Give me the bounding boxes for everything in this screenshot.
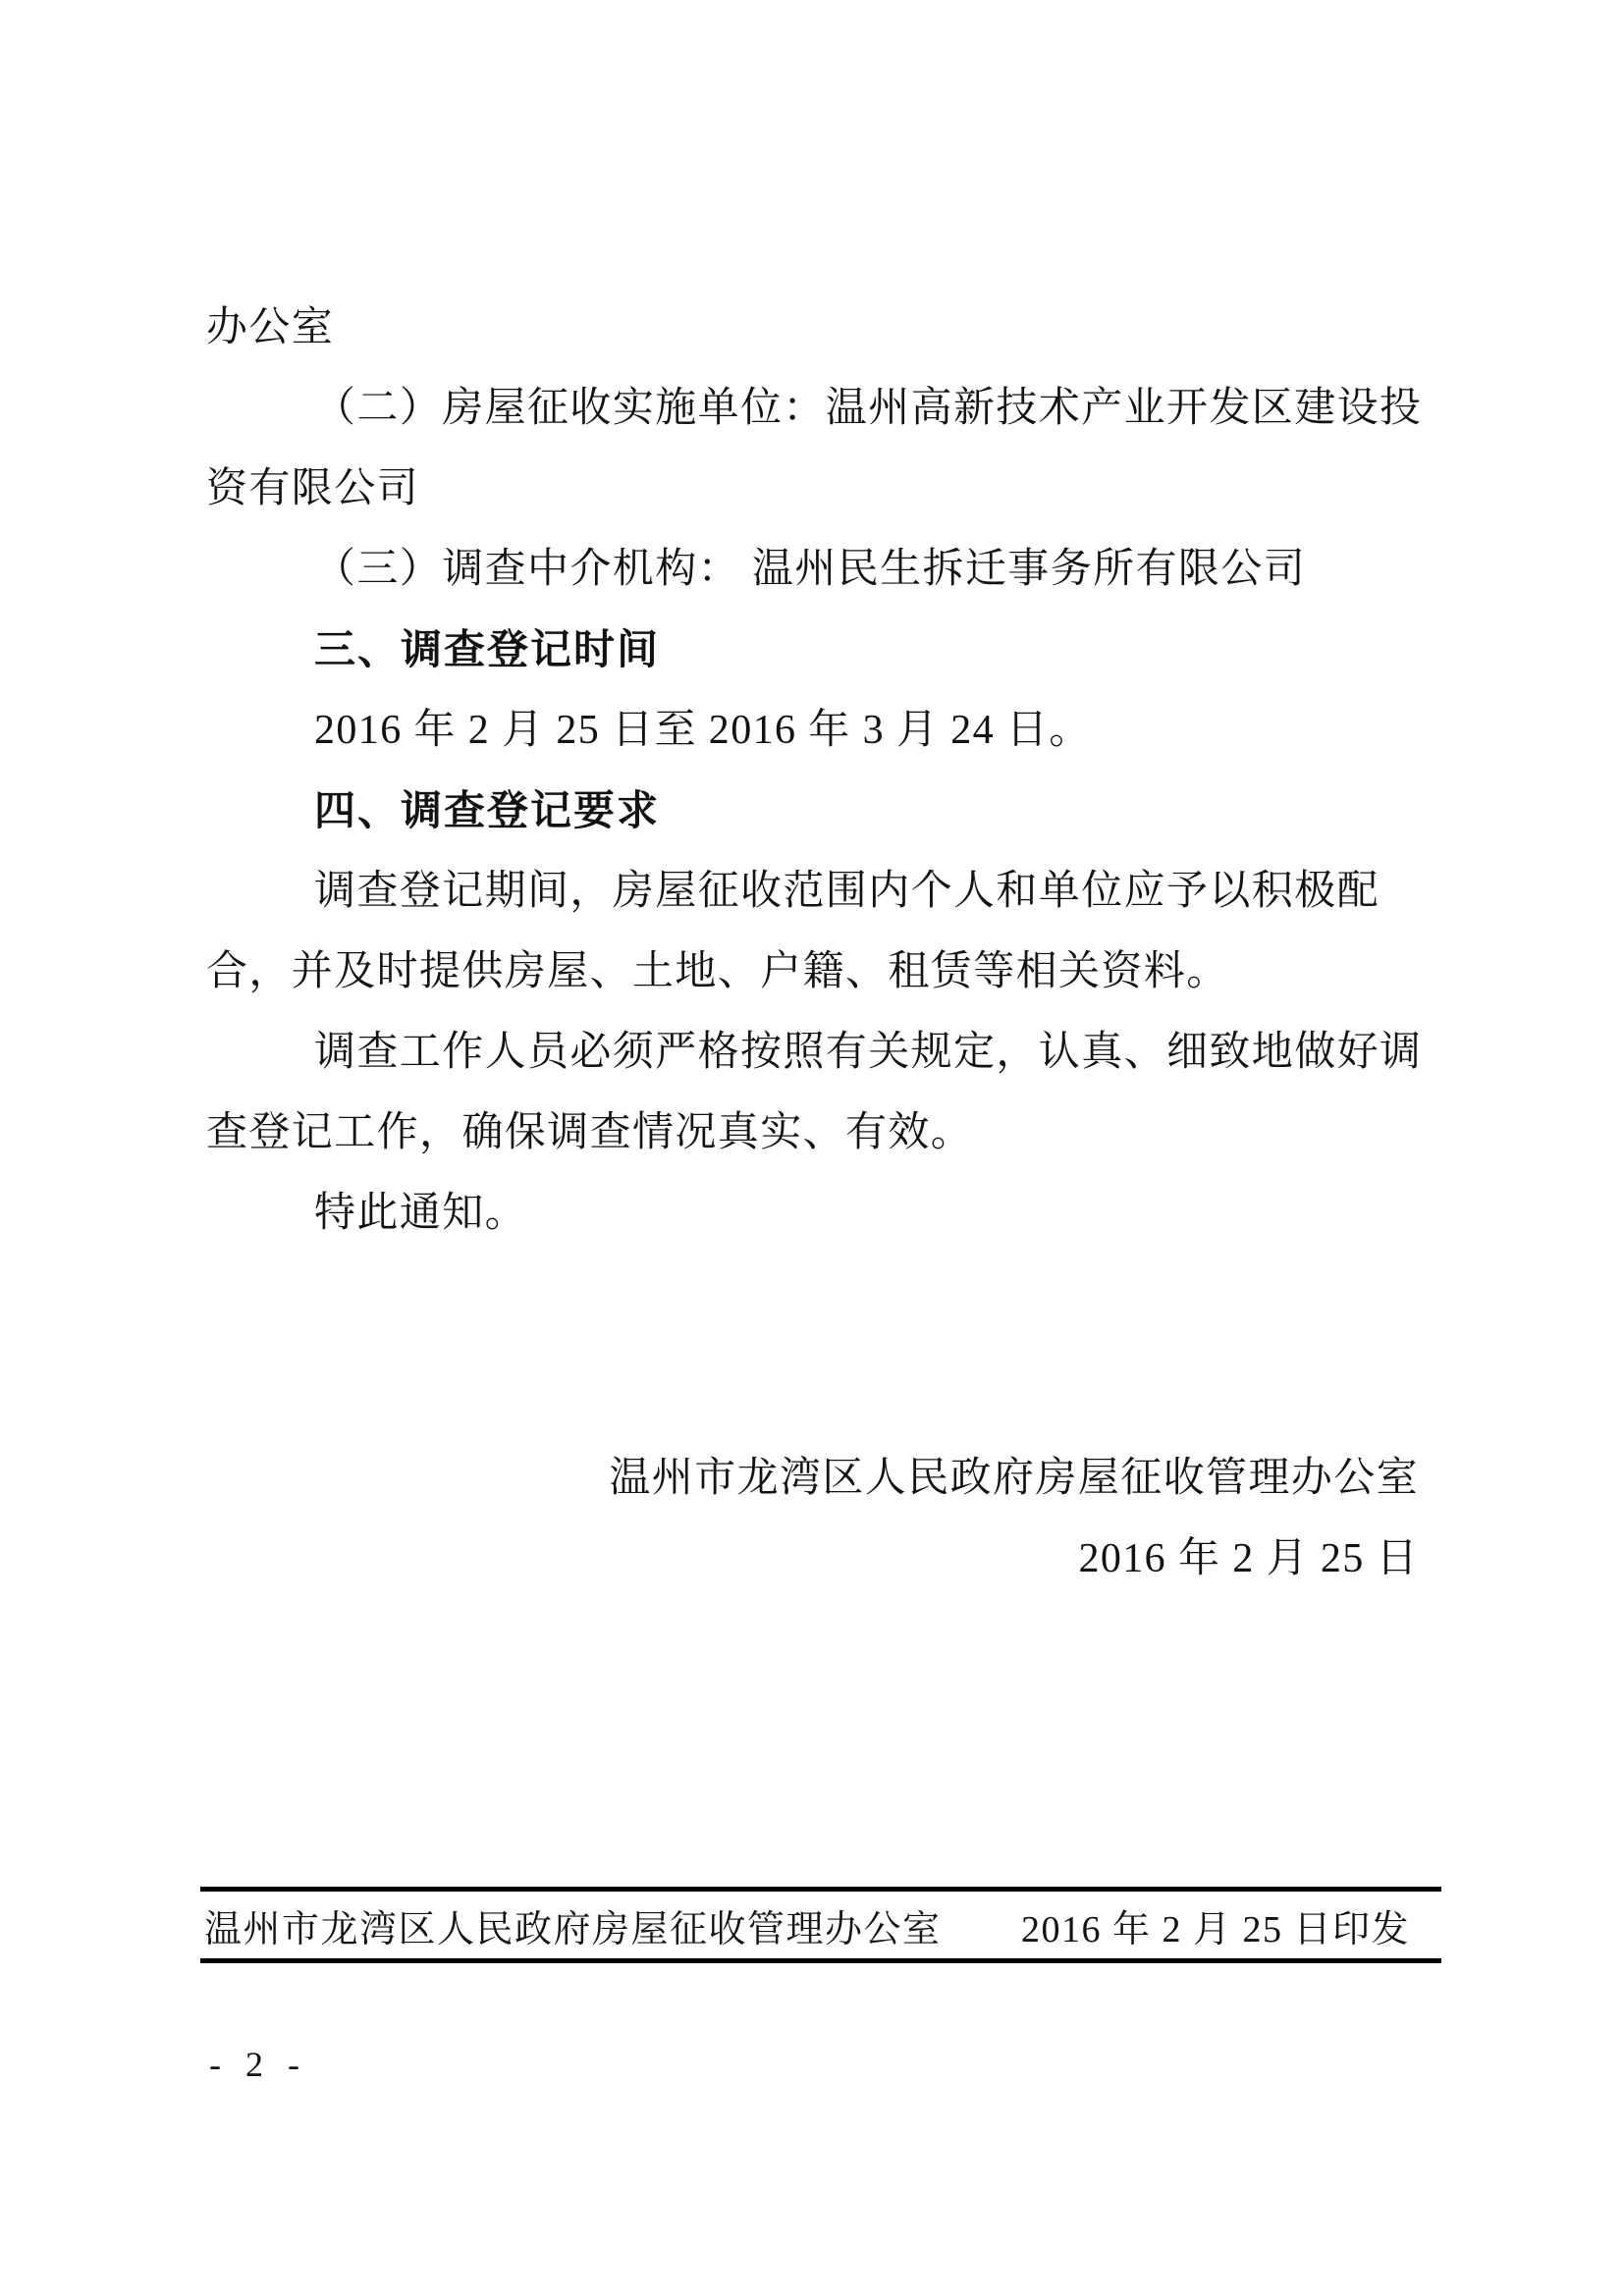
signature-date: 2016 年 2 月 25 日 [609,1519,1419,1599]
colophon-box: 温州市龙湾区人民政府房屋征收管理办公室 2016 年 2 月 25 日印发 [200,1887,1441,1963]
section-heading-3: 三、调查登记时间 [206,610,1424,690]
page-number: - 2 - [209,2044,307,2085]
colophon-issuer: 温州市龙湾区人民政府房屋征收管理办公室 [204,1898,942,1952]
document-body: 办公室 （二）房屋征收实施单位：温州高新技术产业开发区建设投 资有限公司 （三）… [206,288,1424,1254]
colophon-print-date: 2016 年 2 月 25 日印发 [1021,1898,1410,1952]
survey-period-line: 2016 年 2 月 25 日至 2016 年 3 月 24 日。 [206,690,1424,771]
paragraph-line-item-3: （三）调查中介机构： 温州民生拆迁事务所有限公司 [206,529,1424,610]
signature-block: 温州市龙湾区人民政府房屋征收管理办公室 2016 年 2 月 25 日 [609,1438,1419,1599]
continuation-line: 查登记工作，确保调查情况真实、有效。 [206,1093,1424,1173]
paragraph-line-item-2: （二）房屋征收实施单位：温州高新技术产业开发区建设投 [206,368,1424,449]
closing-line: 特此通知。 [206,1173,1424,1254]
paragraph-line-requirements-2: 调查工作人员必须严格按照有关规定，认真、细致地做好调 [206,1012,1424,1093]
document-page: 办公室 （二）房屋征收实施单位：温州高新技术产业开发区建设投 资有限公司 （三）… [0,0,1624,2296]
paragraph-line-requirements-1: 调查登记期间，房屋征收范围内个人和单位应予以积极配 [206,851,1424,932]
continuation-line: 资有限公司 [206,449,1424,529]
continuation-line: 办公室 [206,288,1424,368]
continuation-line: 合，并及时提供房屋、土地、户籍、租赁等相关资料。 [206,932,1424,1012]
signature-organization: 温州市龙湾区人民政府房屋征收管理办公室 [609,1438,1419,1519]
section-heading-4: 四、调查登记要求 [206,771,1424,851]
